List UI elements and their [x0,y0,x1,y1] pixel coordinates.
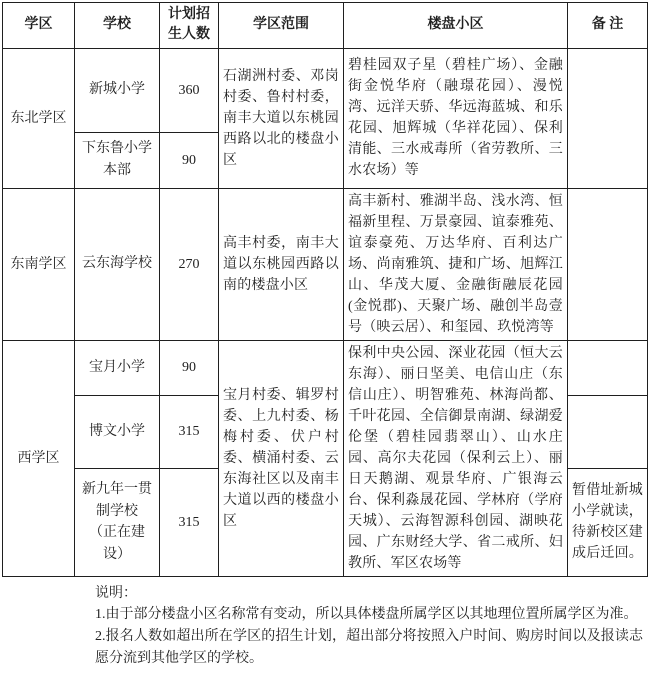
remark-cell [568,395,648,468]
header-scope: 学区范围 [219,3,344,49]
school-cell: 云东海学校 [75,188,160,340]
scope-cell: 石湖洲村委、邓岗村委、鲁村村委，南丰大道以东桃园西路以北的楼盘小区 [219,48,344,188]
quota-cell: 360 [160,48,219,132]
notes-section: 说明： 1.由于部分楼盘小区名称常有变动，所以具体楼盘所属学区以其地理位置所属学… [95,583,643,670]
school-district-table: 学区 学校 计划招生人数 学区范围 楼盘小区 备 注 东北学区 新城小学 360… [2,2,648,577]
district-cell-west: 西学区 [3,340,75,576]
notes-heading: 说明： [95,583,643,605]
header-quota: 计划招生人数 [160,3,219,49]
estates-cell: 高丰新村、雅湖半岛、浅水湾、恒福新里程、万景豪园、谊泰雅苑、谊泰豪苑、万达华府、… [344,188,568,340]
remark-cell [568,340,648,395]
quota-cell: 90 [160,132,219,188]
school-cell: 新九年一贯制学校 （正在建设） [75,469,160,576]
table-row: 东北学区 新城小学 360 石湖洲村委、邓岗村委、鲁村村委，南丰大道以东桃园西路… [3,48,648,132]
table-row: 东南学区 云东海学校 270 高丰村委，南丰大道以东桃园西路以南的楼盘小区 高丰… [3,188,648,340]
note-item-1: 1.由于部分楼盘小区名称常有变动，所以具体楼盘所属学区以其地理位置所属学区为准。 [95,604,643,626]
header-school: 学校 [75,3,160,49]
scope-cell: 宝月村委、辑罗村委、上九村委、杨梅村委、伏户村委、横涌村委、云东海社区以及南丰大… [219,340,344,576]
header-remark: 备 注 [568,3,648,49]
district-cell-northeast: 东北学区 [3,48,75,188]
remark-cell [568,188,648,340]
note-item-2: 2.报名人数如超出所在学区的招生计划，超出部分将按照入户时间、购房时间以及报读志… [95,626,643,669]
header-estates: 楼盘小区 [344,3,568,49]
school-cell: 宝月小学 [75,340,160,395]
remark-cell [568,48,648,188]
school-cell: 博文小学 [75,395,160,468]
document-page: 学区 学校 计划招生人数 学区范围 楼盘小区 备 注 东北学区 新城小学 360… [0,0,651,684]
remark-cell: 暂借址新城小学就读，待新校区建成后迁回。 [568,469,648,576]
quota-cell: 270 [160,188,219,340]
quota-cell: 315 [160,469,219,576]
estates-cell: 碧桂园双子星（碧桂广场）、金融街金悦华府（融璟花园）、漫悦湾、远洋天骄、华远海蓝… [344,48,568,188]
district-cell-southeast: 东南学区 [3,188,75,340]
quota-cell: 315 [160,395,219,468]
quota-cell: 90 [160,340,219,395]
school-cell: 新城小学 [75,48,160,132]
table-row: 西学区 宝月小学 90 宝月村委、辑罗村委、上九村委、杨梅村委、伏户村委、横涌村… [3,340,648,395]
table-header-row: 学区 学校 计划招生人数 学区范围 楼盘小区 备 注 [3,3,648,49]
estates-cell: 保利中央公园、深业花园（恒大云东海）、丽日坚美、电信山庄（东信山庄）、明智雅苑、… [344,340,568,576]
scope-cell: 高丰村委，南丰大道以东桃园西路以南的楼盘小区 [219,188,344,340]
school-cell: 下东鲁小学本部 [75,132,160,188]
header-district: 学区 [3,3,75,49]
